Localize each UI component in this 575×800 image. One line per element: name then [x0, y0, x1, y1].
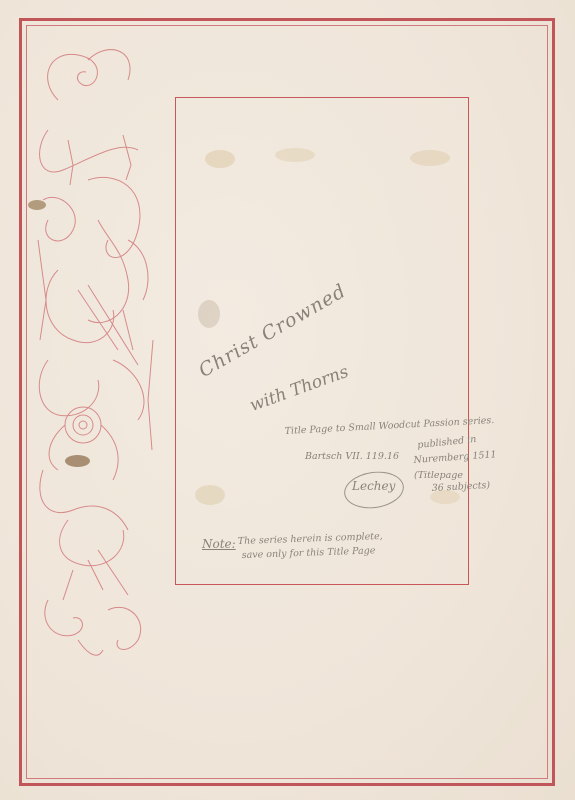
- foxing-stain: [205, 150, 235, 168]
- pencil-signature: Lechey: [352, 479, 395, 493]
- foxing-stain: [198, 300, 220, 328]
- foxing-stain: [410, 150, 450, 166]
- album-page: Christ Crowned with Thorns Title Page to…: [0, 0, 575, 800]
- foxing-stain: [195, 485, 225, 505]
- pencil-bartsch-reference: Bartsch VII. 119.16: [305, 451, 399, 462]
- ornamental-border-illustration: [28, 40, 163, 665]
- dark-stain: [65, 455, 90, 467]
- foxing-stain: [275, 148, 315, 162]
- dark-stain: [28, 200, 46, 210]
- mounted-print-frame: [175, 97, 469, 585]
- pencil-titlepage-line1: (Titlepage: [414, 470, 463, 481]
- pencil-note-label: Note:: [202, 537, 236, 551]
